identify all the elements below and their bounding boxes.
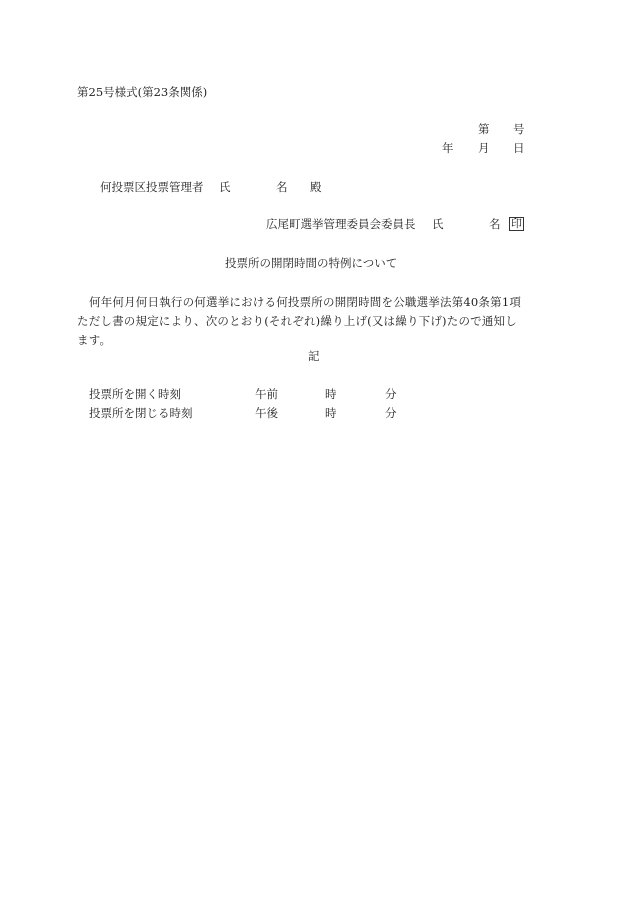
seal-icon: 印 — [509, 217, 524, 231]
time-hour: 時 — [325, 406, 337, 420]
subject-title: 投票所の開閉時間の特例について — [225, 256, 397, 270]
date-day: 日 — [513, 141, 525, 155]
doc-number-prefix: 第 — [478, 122, 490, 136]
addressee-honorific: 殿 — [310, 180, 322, 194]
time-label: 投票所を開く時刻 — [89, 387, 181, 401]
time-label: 投票所を閉じる時刻 — [89, 406, 193, 420]
sender-shi: 氏 — [432, 217, 444, 231]
addressee-title: 何投票区投票管理者 — [100, 180, 204, 194]
date-month: 月 — [478, 141, 490, 155]
time-minute: 分 — [385, 406, 397, 420]
date-year: 年 — [442, 141, 454, 155]
doc-number-suffix: 号 — [513, 122, 525, 136]
addressee-mei: 名 — [276, 180, 288, 194]
form-number: 第25号様式(第23条関係) — [77, 85, 207, 99]
ki-heading: 記 — [308, 349, 320, 363]
time-hour: 時 — [325, 387, 337, 401]
time-period: 午前 — [255, 387, 278, 401]
time-period: 午後 — [255, 406, 278, 420]
seal-mark: 印 — [509, 216, 524, 231]
sender-mei: 名 — [489, 217, 501, 231]
body-paragraph: 何年何月何日執行の何選挙における何投票所の開閉時間を公職選挙法第40条第1項ただ… — [77, 293, 527, 350]
addressee-shi: 氏 — [219, 180, 231, 194]
sender-title: 広尾町選挙管理委員会委員長 — [266, 217, 416, 231]
time-minute: 分 — [385, 387, 397, 401]
